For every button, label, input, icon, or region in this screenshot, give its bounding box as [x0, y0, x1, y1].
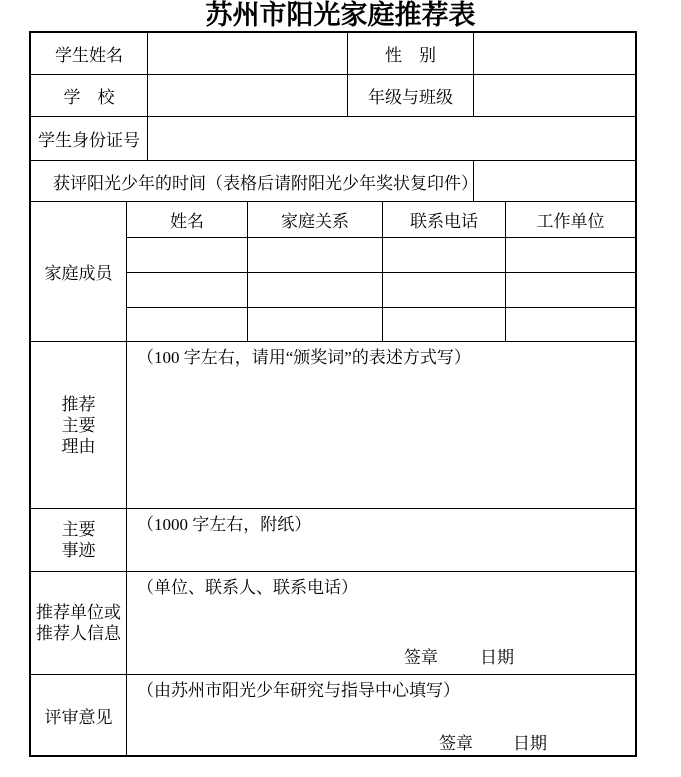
- reason-label-line: 主要: [62, 415, 96, 436]
- family-name-field[interactable]: [127, 238, 248, 273]
- form-title: 苏州市阳光家庭推荐表: [0, 0, 681, 31]
- family-col-relation: 家庭关系: [248, 202, 383, 238]
- family-phone-field[interactable]: [383, 308, 506, 342]
- review-hint: （由苏州市阳光少年研究与指导中心填写）: [137, 680, 635, 702]
- recommender-section: 推荐单位或 推荐人信息 （单位、联系人、联系电话） 签章 日期: [31, 572, 635, 675]
- review-date-label: 日期: [513, 729, 547, 754]
- id-number-field[interactable]: [148, 117, 635, 161]
- id-number-label: 学生身份证号: [31, 117, 148, 161]
- review-section: 评审意见 （由苏州市阳光少年研究与指导中心填写） 签章 日期: [31, 675, 635, 755]
- family-phone-field[interactable]: [383, 238, 506, 273]
- deeds-label-line: 事迹: [62, 540, 96, 561]
- family-header-row: 姓名 家庭关系 联系电话 工作单位: [127, 202, 635, 238]
- reason-field[interactable]: （100 字左右，请用“颁奖词”的表述方式写）: [127, 342, 635, 509]
- gender-label: 性 别: [348, 33, 474, 75]
- deeds-field[interactable]: （1000 字左右，附纸）: [127, 509, 635, 572]
- student-name-field[interactable]: [148, 33, 348, 75]
- family-col-workunit: 工作单位: [506, 202, 635, 238]
- recommender-hint: （单位、联系人、联系电话）: [137, 577, 635, 599]
- recommender-label-line: 推荐单位或: [36, 602, 121, 623]
- family-name-field[interactable]: [127, 308, 248, 342]
- family-relation-field[interactable]: [248, 273, 383, 308]
- reason-section: 推荐 主要 理由 （100 字左右，请用“颁奖词”的表述方式写）: [31, 342, 635, 509]
- family-section: 家庭成员 姓名 家庭关系 联系电话 工作单位: [31, 202, 635, 342]
- family-name-field[interactable]: [127, 273, 248, 308]
- family-col-name: 姓名: [127, 202, 248, 238]
- award-time-field[interactable]: [474, 161, 635, 202]
- family-row-2: [127, 273, 635, 308]
- recommender-date-label: 日期: [480, 643, 514, 668]
- review-sign-row: 签章 日期: [129, 729, 547, 754]
- recommender-label-line: 推荐人信息: [36, 623, 121, 644]
- deeds-label: 主要 事迹: [31, 509, 127, 572]
- award-time-label: 获评阳光少年的时间（表格后请附阳光少年奖状复印件）: [31, 161, 474, 202]
- review-sign-label: 签章: [439, 729, 473, 754]
- school-label: 学 校: [31, 75, 148, 117]
- deeds-label-line: 主要: [62, 519, 96, 540]
- grade-class-field[interactable]: [474, 75, 635, 117]
- school-field[interactable]: [148, 75, 348, 117]
- family-workunit-field[interactable]: [506, 238, 635, 273]
- recommender-sign-row: 签章 日期: [129, 643, 514, 668]
- review-label: 评审意见: [31, 675, 127, 755]
- recommender-sign-label: 签章: [404, 643, 438, 668]
- family-phone-field[interactable]: [383, 273, 506, 308]
- family-section-label: 家庭成员: [31, 202, 127, 342]
- deeds-section: 主要 事迹 （1000 字左右，附纸）: [31, 509, 635, 572]
- review-field[interactable]: （由苏州市阳光少年研究与指导中心填写） 签章 日期: [127, 675, 635, 755]
- recommender-label: 推荐单位或 推荐人信息: [31, 572, 127, 675]
- family-col-phone: 联系电话: [383, 202, 506, 238]
- reason-label-line: 理由: [62, 436, 96, 457]
- family-relation-field[interactable]: [248, 238, 383, 273]
- family-workunit-field[interactable]: [506, 308, 635, 342]
- row-school: 学 校 年级与班级: [31, 75, 635, 117]
- row-award-time: 获评阳光少年的时间（表格后请附阳光少年奖状复印件）: [31, 161, 635, 202]
- row-id-number: 学生身份证号: [31, 117, 635, 161]
- family-grid: 姓名 家庭关系 联系电话 工作单位: [127, 202, 635, 342]
- family-row-3: [127, 308, 635, 342]
- grade-class-label: 年级与班级: [348, 75, 474, 117]
- student-name-label: 学生姓名: [31, 33, 148, 75]
- form-table: 学生姓名 性 别 学 校 年级与班级 学生身份证号 获评阳光少年的时间（表格后请…: [29, 31, 637, 757]
- reason-label: 推荐 主要 理由: [31, 342, 127, 509]
- family-row-1: [127, 238, 635, 273]
- reason-hint: （100 字左右，请用“颁奖词”的表述方式写）: [137, 347, 635, 369]
- family-workunit-field[interactable]: [506, 273, 635, 308]
- recommender-field[interactable]: （单位、联系人、联系电话） 签章 日期: [127, 572, 635, 675]
- form-page: { "title": "苏州市阳光家庭推荐表", "basic_info": {…: [0, 0, 681, 777]
- row-student-name: 学生姓名 性 别: [31, 33, 635, 75]
- gender-field[interactable]: [474, 33, 635, 75]
- deeds-hint: （1000 字左右，附纸）: [137, 514, 635, 536]
- reason-label-line: 推荐: [62, 394, 96, 415]
- family-relation-field[interactable]: [248, 308, 383, 342]
